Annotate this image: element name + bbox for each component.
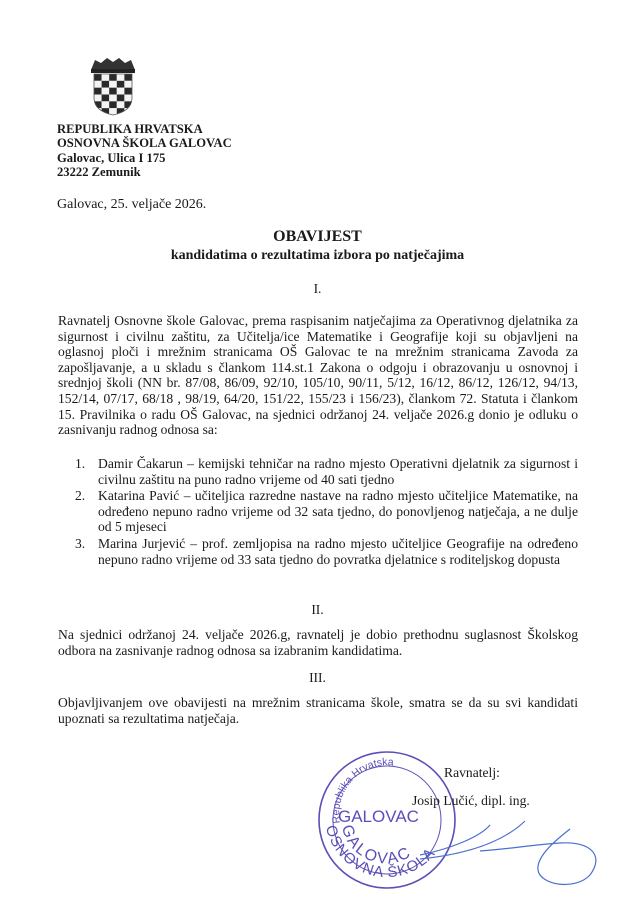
document-subtitle: kandidatima o rezultatima izbora po natj…: [0, 248, 635, 264]
list-item-text: Damir Čakarun – kemijski tehničar na rad…: [98, 456, 578, 487]
list-item-number: 3.: [75, 536, 85, 552]
header-postal: 23222 Zemunik: [57, 165, 232, 179]
section-2-paragraph: Na sjednici održanoj 24. veljače 2026.g,…: [58, 627, 578, 658]
list-item: 2. Katarina Pavić – učiteljica razredne …: [75, 488, 578, 535]
signatory-name: Josip Lučić, dipl. ing.: [412, 793, 530, 809]
signature-title: Ravnatelj:: [444, 765, 500, 781]
list-item-number: 2.: [75, 488, 85, 504]
croatian-coat-of-arms-icon: [89, 56, 137, 116]
list-item-text: Katarina Pavić – učiteljica razredne nas…: [98, 488, 578, 534]
section-number-3: III.: [0, 670, 635, 686]
section-1-paragraph: Ravnatelj Osnovne škole Galovac, prema r…: [58, 313, 578, 438]
section-3-paragraph: Objavljivanjem ove obavijesti na mrežnim…: [58, 695, 578, 726]
place-date: Galovac, 25. veljače 2026.: [57, 197, 206, 213]
list-item: 1. Damir Čakarun – kemijski tehničar na …: [75, 456, 578, 487]
document-title: OBAVIJEST: [0, 228, 635, 246]
stamp-center-text: GALOVAC: [338, 807, 419, 826]
section-number-1: I.: [0, 281, 635, 297]
section-number-2: II.: [0, 602, 635, 618]
list-item-text: Marina Jurjević – prof. zemljopisa na ra…: [98, 536, 578, 567]
header-address: Galovac, Ulica I 175: [57, 151, 232, 165]
school-header: REPUBLIKA HRVATSKA OSNOVNA ŠKOLA GALOVAC…: [57, 122, 232, 180]
list-item-number: 1.: [75, 456, 85, 472]
list-item: 3. Marina Jurjević – prof. zemljopisa na…: [75, 536, 578, 567]
selected-candidates-list: 1. Damir Čakarun – kemijski tehničar na …: [75, 456, 578, 568]
header-country: REPUBLIKA HRVATSKA: [57, 122, 232, 136]
handwritten-signature: [420, 815, 620, 895]
header-school-name: OSNOVNA ŠKOLA GALOVAC: [57, 136, 232, 150]
document-page: REPUBLIKA HRVATSKA OSNOVNA ŠKOLA GALOVAC…: [0, 0, 635, 906]
